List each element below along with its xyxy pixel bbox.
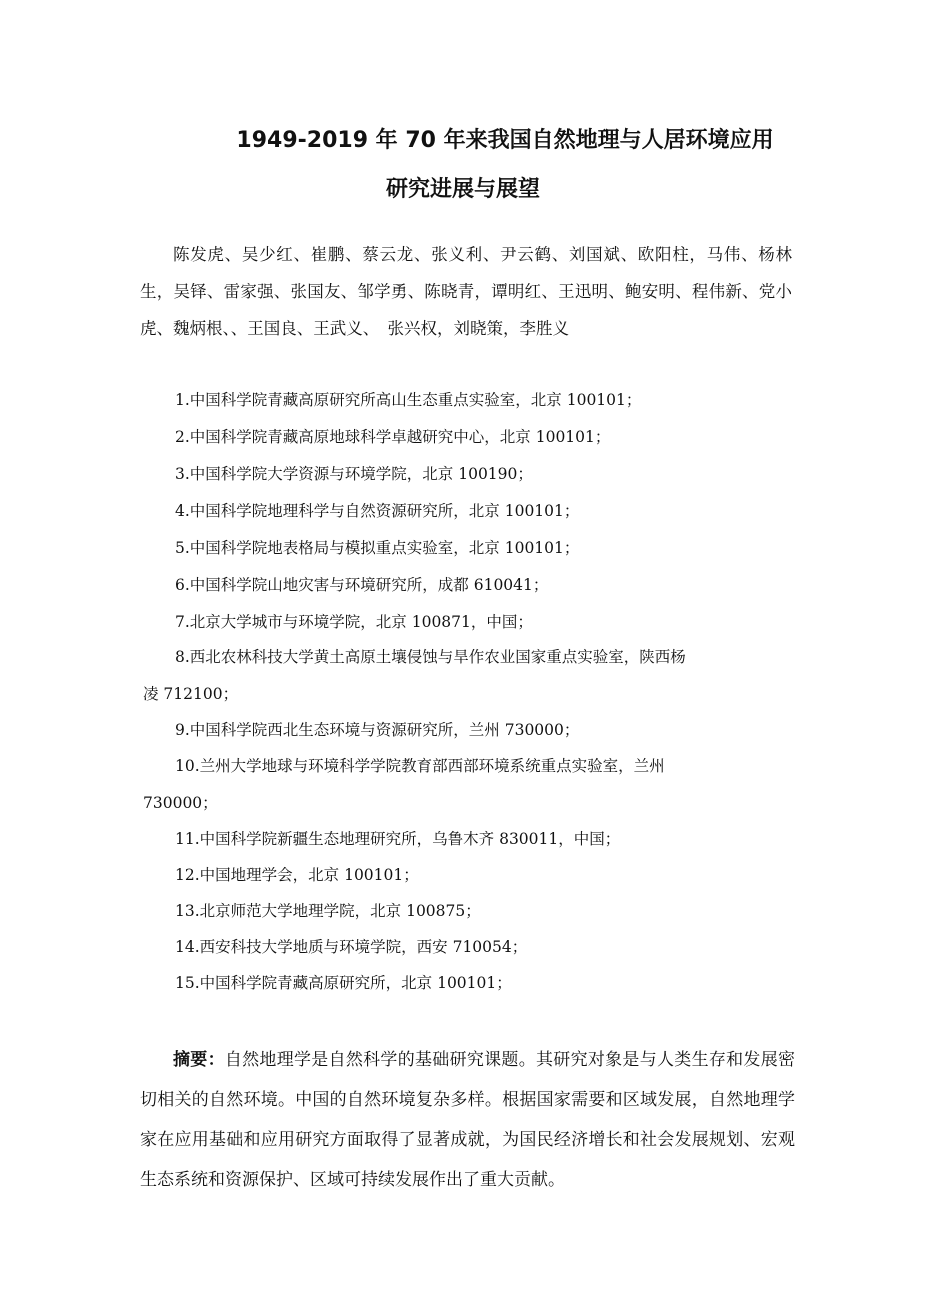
paper-title-line-2: 研究进展与展望 <box>0 172 926 203</box>
affiliation-item: 15.中国科学院青藏高原研究所，北京 100101； <box>175 971 512 993</box>
affiliation-item: 13.北京师范大学地理学院，北京 100875； <box>175 899 481 921</box>
affiliation-item: 1.中国科学院青藏高原研究所高山生态重点实验室，北京 100101； <box>175 388 641 410</box>
affiliation-item: 9.中国科学院西北生态环境与资源研究所，兰州 730000； <box>175 718 579 740</box>
affiliation-item: 3.中国科学院大学资源与环境学院，北京 100190； <box>175 462 533 484</box>
abstract-label: 摘要： <box>173 1050 225 1070</box>
affiliation-item-continued: 凌 712100； <box>143 682 238 704</box>
affiliation-item: 11.中国科学院新疆生态地理研究所，乌鲁木齐 830011，中国； <box>175 827 620 849</box>
affiliation-item: 6.中国科学院山地灾害与环境研究所，成都 610041； <box>175 573 548 595</box>
affiliation-item: 14.西安科技大学地质与环境学院，西安 710054； <box>175 935 527 957</box>
affiliation-item: 10.兰州大学地球与环境科学学院教育部西部环境系统重点实验室，兰州 <box>175 754 665 776</box>
affiliation-item: 5.中国科学院地表格局与模拟重点实验室，北京 100101； <box>175 536 579 558</box>
affiliation-item: 8.西北农林科技大学黄土高原土壤侵蚀与旱作农业国家重点实验室，陕西杨 <box>175 645 686 667</box>
paper-title-line-1: 1949-2019 年 70 年来我国自然地理与人居环境应用 <box>42 123 926 154</box>
affiliation-item: 7.北京大学城市与环境学院，北京 100871，中国； <box>175 610 533 632</box>
affiliation-item: 12.中国地理学会，北京 100101； <box>175 863 419 885</box>
affiliation-item: 2.中国科学院青藏高原地球科学卓越研究中心，北京 100101； <box>175 425 610 447</box>
affiliation-item: 4.中国科学院地理科学与自然资源研究所，北京 100101； <box>175 499 579 521</box>
author-list: 陈发虎、吴少红、崔鹏、蔡云龙、张义利、尹云鹤、刘国斌、欧阳柱，马伟、杨林生，吴铎… <box>140 236 792 347</box>
abstract-paragraph: 摘要：自然地理学是自然科学的基础研究课题。其研究对象是与人类生存和发展密切相关的… <box>140 1040 795 1200</box>
abstract-text: 自然地理学是自然科学的基础研究课题。其研究对象是与人类生存和发展密切相关的自然环… <box>140 1050 795 1190</box>
affiliation-item-continued: 730000； <box>143 791 218 813</box>
